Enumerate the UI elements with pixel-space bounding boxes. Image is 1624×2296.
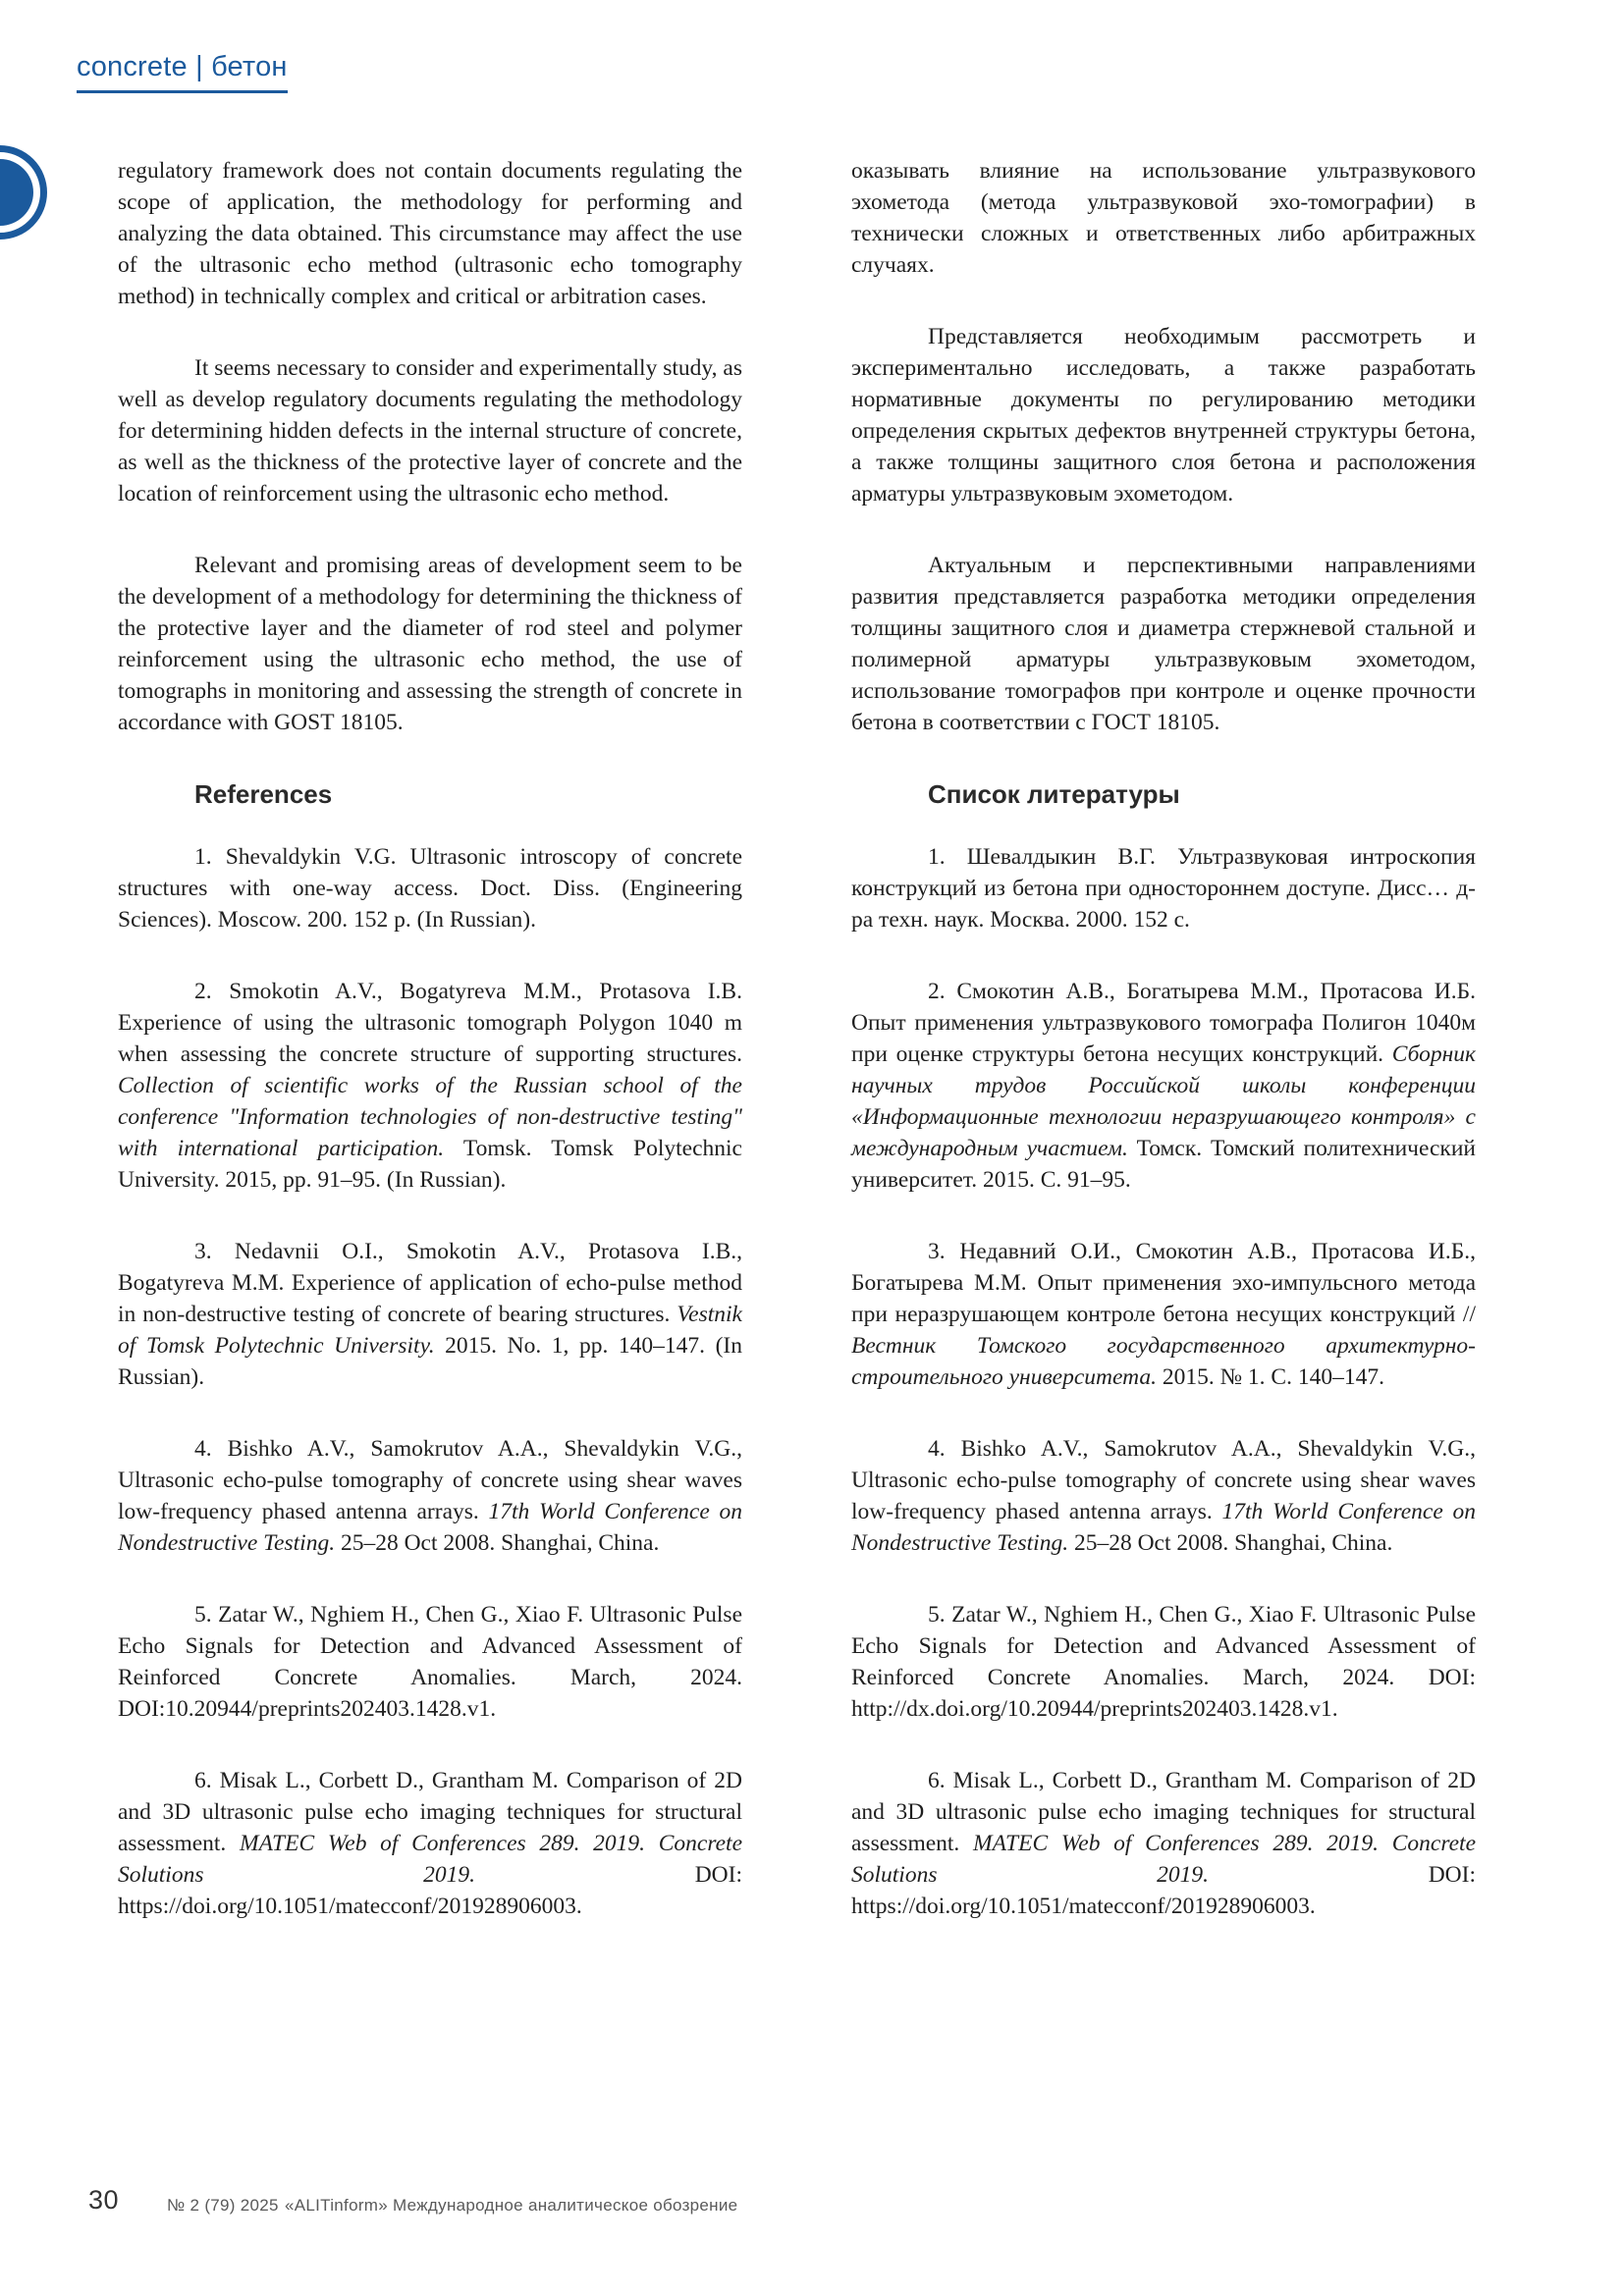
- reference-item: 2. Smokotin A.V., Bogatyreva M.M., Prota…: [118, 976, 742, 1196]
- section-title: concrete | бетон: [77, 51, 288, 93]
- body-paragraph: regulatory framework does not contain do…: [118, 155, 742, 312]
- references-heading: References: [194, 778, 742, 810]
- left-column: regulatory framework does not contain do…: [118, 155, 742, 1962]
- reference-item: 1. Шевалдыкин В.Г. Ультразвуковая интрос…: [851, 841, 1476, 935]
- body-paragraph: Представляется необходимым рассмотреть и…: [851, 321, 1476, 509]
- page-number: 30: [88, 2185, 119, 2216]
- page-edge-circle-decoration: [0, 145, 47, 240]
- reference-item: 5. Zatar W., Nghiem H., Chen G., Xiao F.…: [118, 1599, 742, 1725]
- reference-item: 4. Bishko A.V., Samokrutov A.A., Shevald…: [851, 1433, 1476, 1559]
- reference-item: 6. Misak L., Corbett D., Grantham M. Com…: [851, 1765, 1476, 1922]
- issue-label: № 2 (79) 2025: [167, 2196, 279, 2216]
- section-header: concrete | бетон: [77, 51, 288, 93]
- references-heading: Список литературы: [928, 778, 1476, 810]
- body-paragraph: Relevant and promising areas of developm…: [118, 550, 742, 738]
- body-paragraph: оказывать влияние на использование ультр…: [851, 155, 1476, 281]
- page-footer: 30 № 2 (79) 2025 «ALITinform» Международ…: [88, 2185, 1542, 2224]
- reference-item: 3. Nedavnii O.I., Smokotin A.V., Protaso…: [118, 1236, 742, 1393]
- reference-item: 1. Shevaldykin V.G. Ultrasonic introscop…: [118, 841, 742, 935]
- reference-item: 5. Zatar W., Nghiem H., Chen G., Xiao F.…: [851, 1599, 1476, 1725]
- body-paragraph: It seems necessary to consider and exper…: [118, 352, 742, 509]
- reference-item: 6. Misak L., Corbett D., Grantham M. Com…: [118, 1765, 742, 1922]
- body-paragraph: Актуальным и перспективными направлениям…: [851, 550, 1476, 738]
- reference-item: 4. Bishko A.V., Samokrutov A.A., Shevald…: [118, 1433, 742, 1559]
- journal-page: concrete | бетон regulatory framework do…: [0, 0, 1624, 2296]
- journal-name: «ALITinform» Международное аналитическое…: [285, 2196, 737, 2216]
- right-column: оказывать влияние на использование ультр…: [851, 155, 1476, 1962]
- reference-item: 3. Недавний О.И., Смокотин А.В., Протасо…: [851, 1236, 1476, 1393]
- reference-item: 2. Смокотин А.В., Богатырева М.М., Прота…: [851, 976, 1476, 1196]
